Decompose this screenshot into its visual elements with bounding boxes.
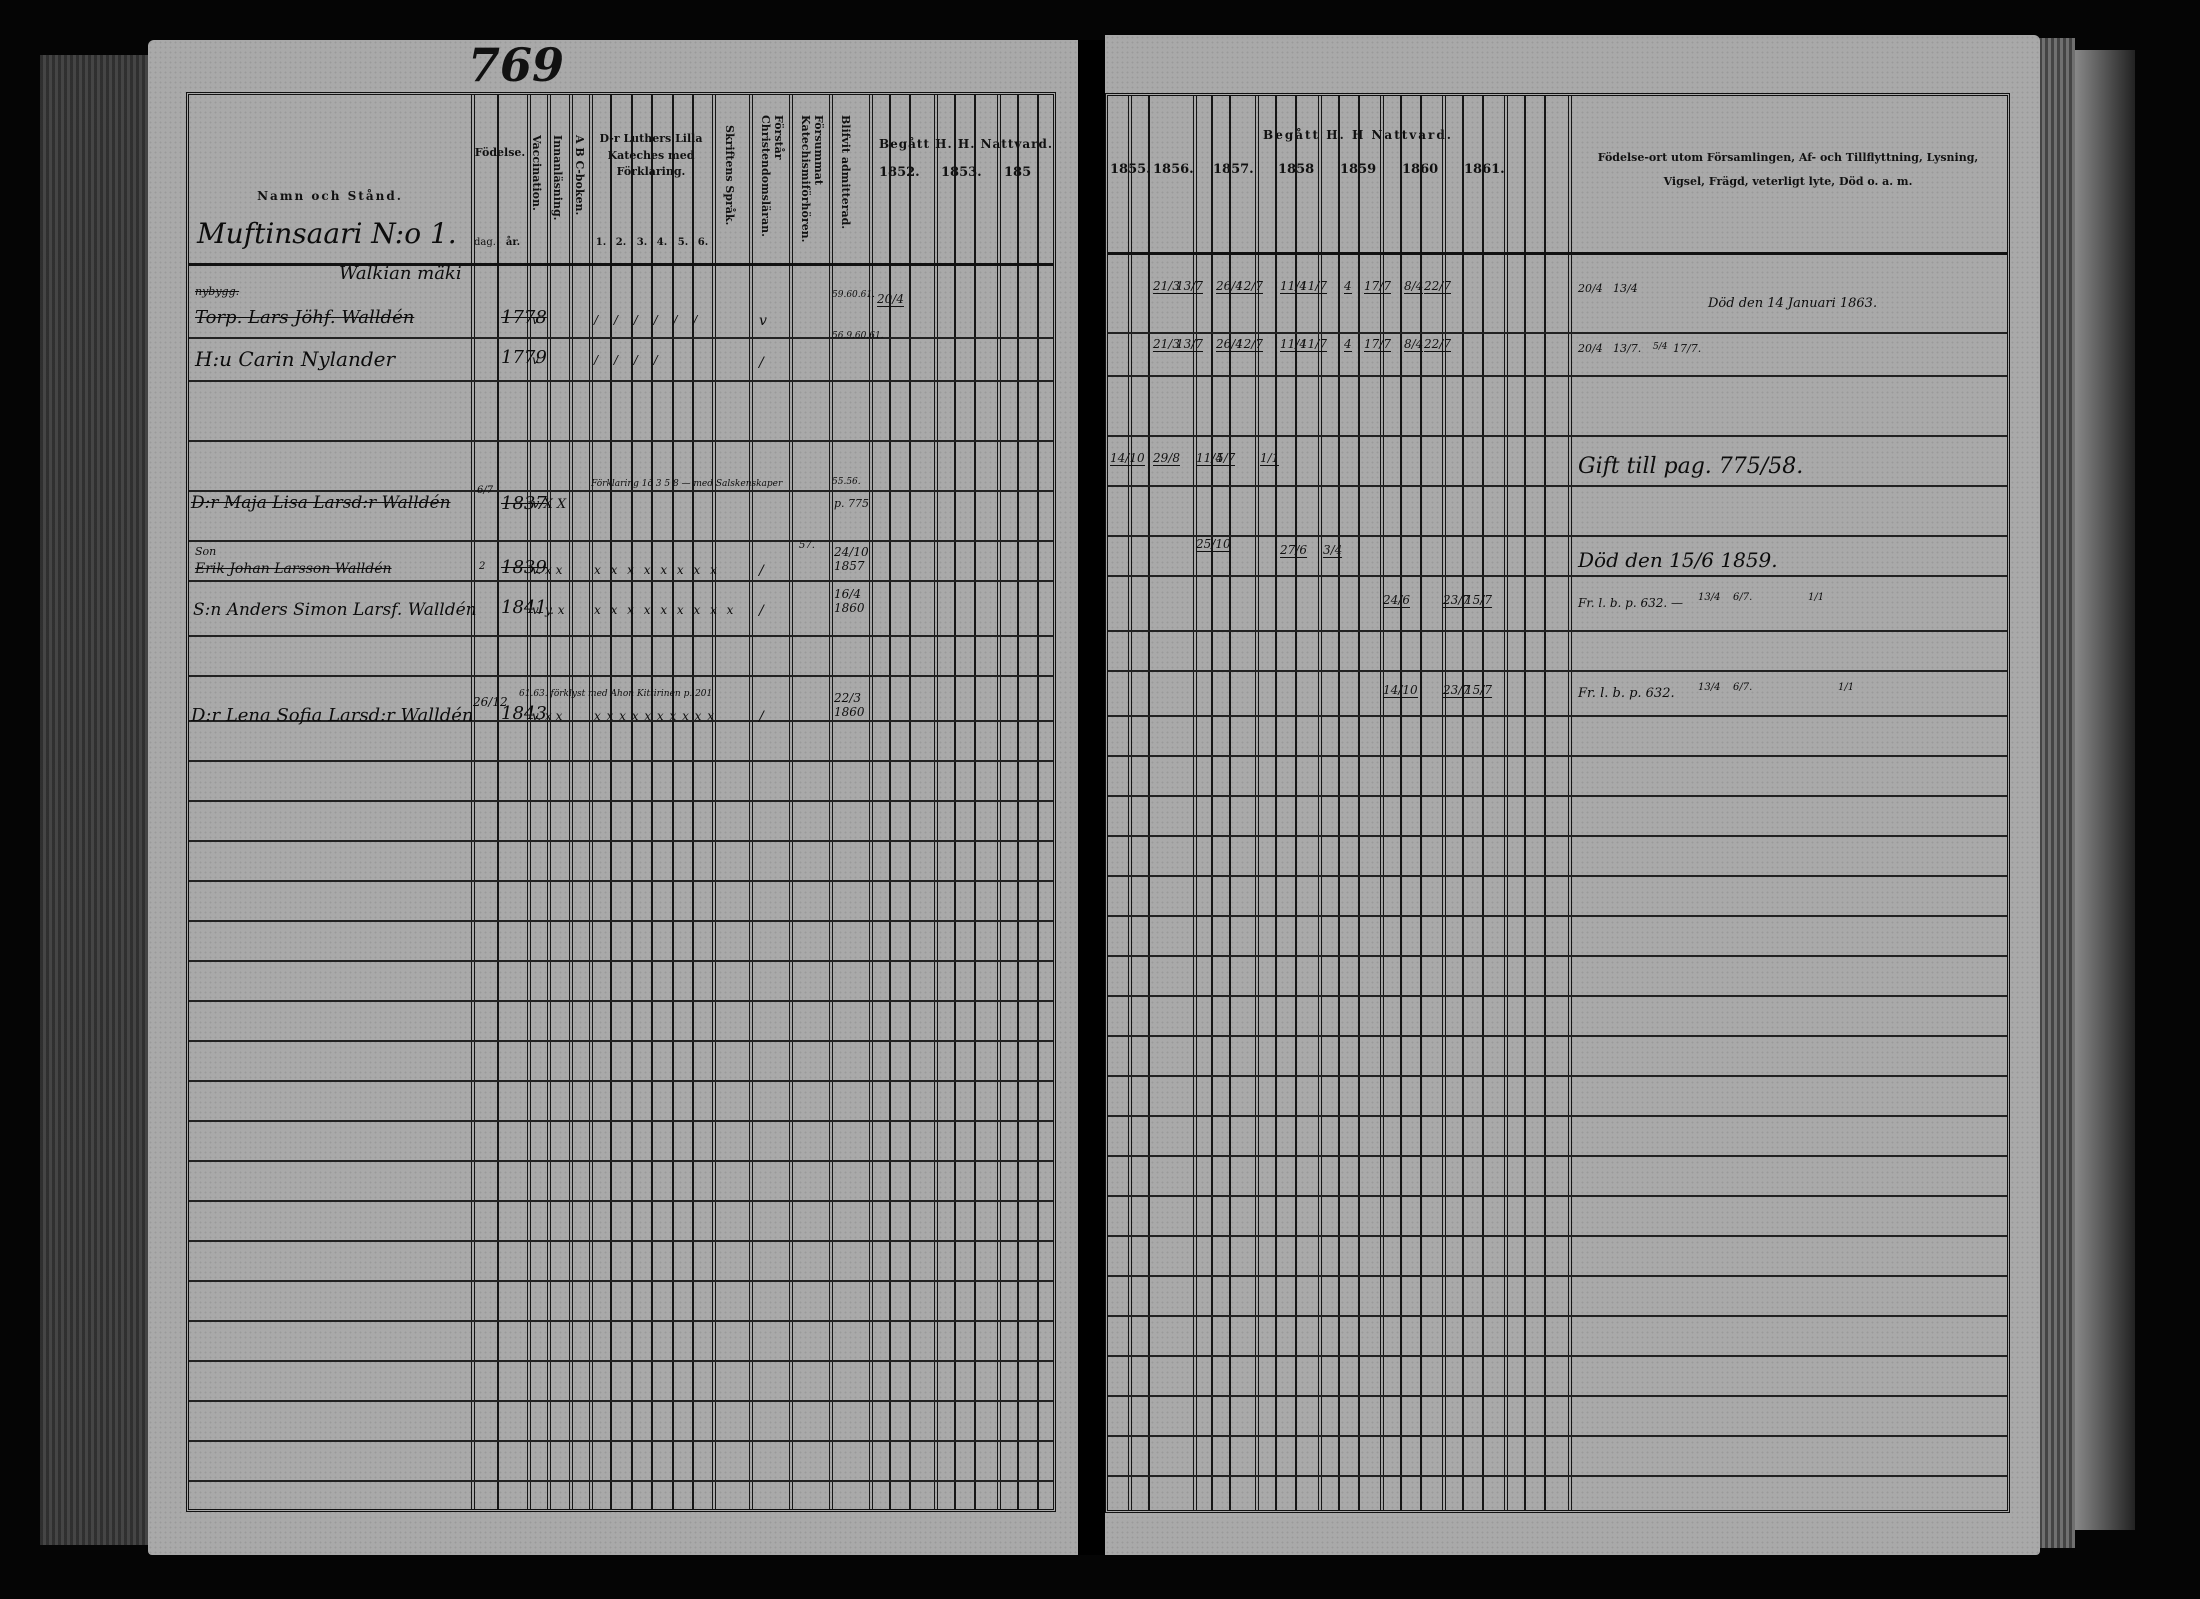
r2-c4: 12/7 [1236, 338, 1263, 352]
header-catechism-1: 1. [591, 235, 611, 250]
page-stack-shadow [2075, 50, 2135, 1530]
header-missed-catechism: Försummat Katechismiförhören. [799, 115, 825, 255]
entry-6-understands: / [759, 709, 764, 725]
year-1861: 1861. [1464, 162, 1505, 177]
year-1856: 1856. [1153, 162, 1194, 177]
r5-remark-2: 13/4 [1698, 592, 1720, 603]
year-1858: 1858 [1278, 162, 1314, 177]
header-catechism-2: 2. [611, 235, 631, 250]
r2-c7: 4 [1344, 338, 1352, 352]
r3-c2: 29/8 [1153, 452, 1180, 466]
entry-3-admitted: p. 775 [834, 497, 869, 510]
header-catechism-5: 5. [673, 235, 693, 250]
r1-c9: 8/4 [1404, 280, 1423, 294]
entry-1-note: nybygg. [195, 285, 239, 298]
entry-5-name: S:n Anders Simon Larsf. Walldén [193, 600, 477, 620]
entry-2-missed: 56.9.60.61. [832, 331, 884, 341]
header-catechism-3: 3. [632, 235, 652, 250]
entry-4-missed: 57. [799, 540, 815, 551]
r4-c3: 3/4 [1323, 544, 1342, 558]
entry-4-day: 2 [479, 561, 485, 572]
r6-remark-2: 13/4 [1698, 682, 1720, 693]
header-remarks: Födelse-ort utom Församlingen, Af- och T… [1578, 146, 1998, 194]
header-reading: Innanläsning. [551, 135, 564, 220]
r1-c2: 13/7 [1176, 280, 1203, 294]
r3-remark-married: Gift till pag. 775/58. [1578, 454, 1803, 479]
year-185x: 185 [1004, 165, 1031, 180]
header-communion-right: Begått H. H Nattvard. [1148, 126, 1568, 144]
r6-c3: 15/7 [1465, 684, 1492, 698]
r5-remark-4: 1/1 [1808, 592, 1824, 603]
r1-c7: 4 [1344, 280, 1352, 294]
entry-6-catechism: x x x x x x x x x x [594, 709, 715, 723]
entry-4-note: Son [195, 545, 216, 558]
header-understands-christianity: Förstår Christendomsläran. [759, 115, 785, 255]
r2-remark-3: 5/4 [1653, 342, 1667, 352]
year-1857: 1857. [1213, 162, 1254, 177]
r1-c10: 22/7 [1424, 280, 1451, 294]
book-spine [1078, 40, 1105, 1555]
header-vaccination: Vaccination. [530, 135, 543, 211]
entry-2-year: 1779 [501, 347, 547, 368]
r1-c6: 11/7 [1300, 280, 1327, 294]
entry-3-day: 6/7 [477, 485, 493, 496]
header-name: Namn och Stånd. [189, 187, 471, 205]
header-catechism-6: 6. [693, 235, 713, 250]
header-admitted: Blifvit admitterad. [839, 115, 852, 255]
household-title: Muftinsaari N:o 1. [197, 217, 457, 250]
year-1860: 1860 [1402, 162, 1438, 177]
entry-1-name: Torp. Lars Jöhf. Walldén [195, 307, 414, 328]
r4-remark-death: Död den 15/6 1859. [1578, 548, 1778, 572]
entry-1-year: 1778 [501, 307, 547, 328]
entry-6-name: D:r Lena Sofia Larsd:r Walldén [191, 705, 474, 726]
header-communion: Begått H. H. Nattvard. [871, 135, 1061, 153]
entry-4-admitted: 24/10 1857 [834, 545, 868, 573]
year-1853: 1853. [941, 165, 982, 180]
entry-2-reading: v [532, 353, 539, 367]
r1-c4: 12/7 [1236, 280, 1263, 294]
header-birth-day: dag. [473, 235, 497, 250]
entry-6-reading: v. x x [532, 709, 562, 723]
entry-5-admitted: 16/4 1860 [834, 587, 868, 615]
r6-remark-4: 1/1 [1838, 682, 1854, 693]
r5-c3: 15/7 [1465, 594, 1492, 608]
r2-c8: 17/7 [1364, 338, 1391, 352]
entry-4-reading: v. x x [532, 563, 562, 577]
year-1859: 1859 [1340, 162, 1376, 177]
r2-c6: 11/7 [1300, 338, 1327, 352]
entry-2-catechism: / / / / [594, 353, 664, 367]
r6-remark-1: Fr. l. b. p. 632. [1578, 686, 1675, 701]
header-birth-year: år. [499, 235, 527, 250]
r2-remark-2: 13/7. [1613, 342, 1641, 355]
left-page: 769 [148, 40, 1078, 1555]
entry-5-catechism: x x x x x x x x x [594, 603, 736, 617]
r6-c1: 14/10 [1383, 684, 1418, 698]
year-1852: 1852. [879, 165, 920, 180]
entry-5-understands: / [759, 603, 764, 619]
household-subtitle: Walkian mäki [339, 263, 462, 284]
r3-c1: 14/10 [1110, 452, 1145, 466]
r5-remark-1: Fr. l. b. p. 632. — [1578, 596, 1683, 610]
year-1855: 1855. [1110, 162, 1151, 177]
header-scripture-language: Skriftens Språk. [723, 125, 736, 225]
r5-c1: 24/6 [1383, 594, 1410, 608]
r1-c8: 17/7 [1364, 280, 1391, 294]
r2-remark-4: 17/7. [1673, 342, 1701, 355]
entry-3-reading: v X X [532, 497, 566, 512]
r2-c10: 22/7 [1424, 338, 1451, 352]
r5-remark-3: 6/7. [1733, 592, 1752, 603]
r4-c1: 25/10 [1196, 538, 1231, 552]
r1-remark-1: 20/4 [1578, 282, 1603, 295]
r2-c9: 8/4 [1404, 338, 1423, 352]
entry-2-understands: / [759, 355, 764, 371]
r3-c4: 5/7 [1216, 452, 1235, 466]
entry-6-admitted: 22/3 1860 [834, 691, 868, 719]
page-number: 769 [468, 38, 564, 92]
entry-4-catechism: x x x x x x x x [594, 563, 720, 577]
entry-1-reading: v [532, 313, 539, 327]
r3-c5: 1/1 [1260, 452, 1279, 466]
entry-3-name: D:r Maja Lisa Larsd:r Walldén [191, 493, 451, 513]
entry-4-name: Erik Johan Larsson Walldén [195, 561, 392, 577]
header-abc-book: A B C-boken. [573, 135, 586, 215]
right-register-grid: Begått H. H Nattvard. 1855. 1856. 1857. … [1105, 93, 2010, 1513]
entry-1-understands: v [759, 313, 767, 329]
header-birth: Födelse. [473, 145, 527, 162]
r2-remark-1: 20/4 [1578, 342, 1603, 355]
entry-2-name: H:u Carin Nylander [195, 347, 395, 371]
entry-6-day: 26/12 [473, 695, 497, 709]
right-page: Begått H. H Nattvard. 1855. 1856. 1857. … [1105, 35, 2040, 1555]
r1-remark-death: Död den 14 Januari 1863. [1708, 296, 1877, 311]
entry-5-reading: v. y. x [532, 603, 565, 617]
header-catechism: D-r Luthers Lilla Kateches med Förklarin… [591, 131, 711, 181]
entry-1-communion-1852: 20/4 [877, 293, 904, 307]
left-register-grid: Namn och Stånd. Födelse. dag. år. Vaccin… [186, 92, 1056, 1512]
r4-c2: 27/6 [1280, 544, 1307, 558]
entry-1-catechism: / / / / / / [594, 313, 703, 327]
entry-1-missed: 59.60.61. [832, 290, 875, 300]
entry-4-understands: / [759, 563, 764, 579]
r1-remark-2: 13/4 [1613, 282, 1638, 295]
entry-6-note: 61.63. förklyst med Ahon Kittirinen p. 2… [519, 689, 712, 699]
r2-c2: 13/7 [1176, 338, 1203, 352]
entry-3-note: Förklaring 1ö 3 5 8 — med Salskenskaper [591, 479, 782, 489]
entry-3-missed: 55.56. [832, 477, 861, 487]
r6-remark-3: 6/7. [1733, 682, 1752, 693]
book-edge-left [40, 55, 148, 1545]
header-catechism-4: 4. [652, 235, 672, 250]
